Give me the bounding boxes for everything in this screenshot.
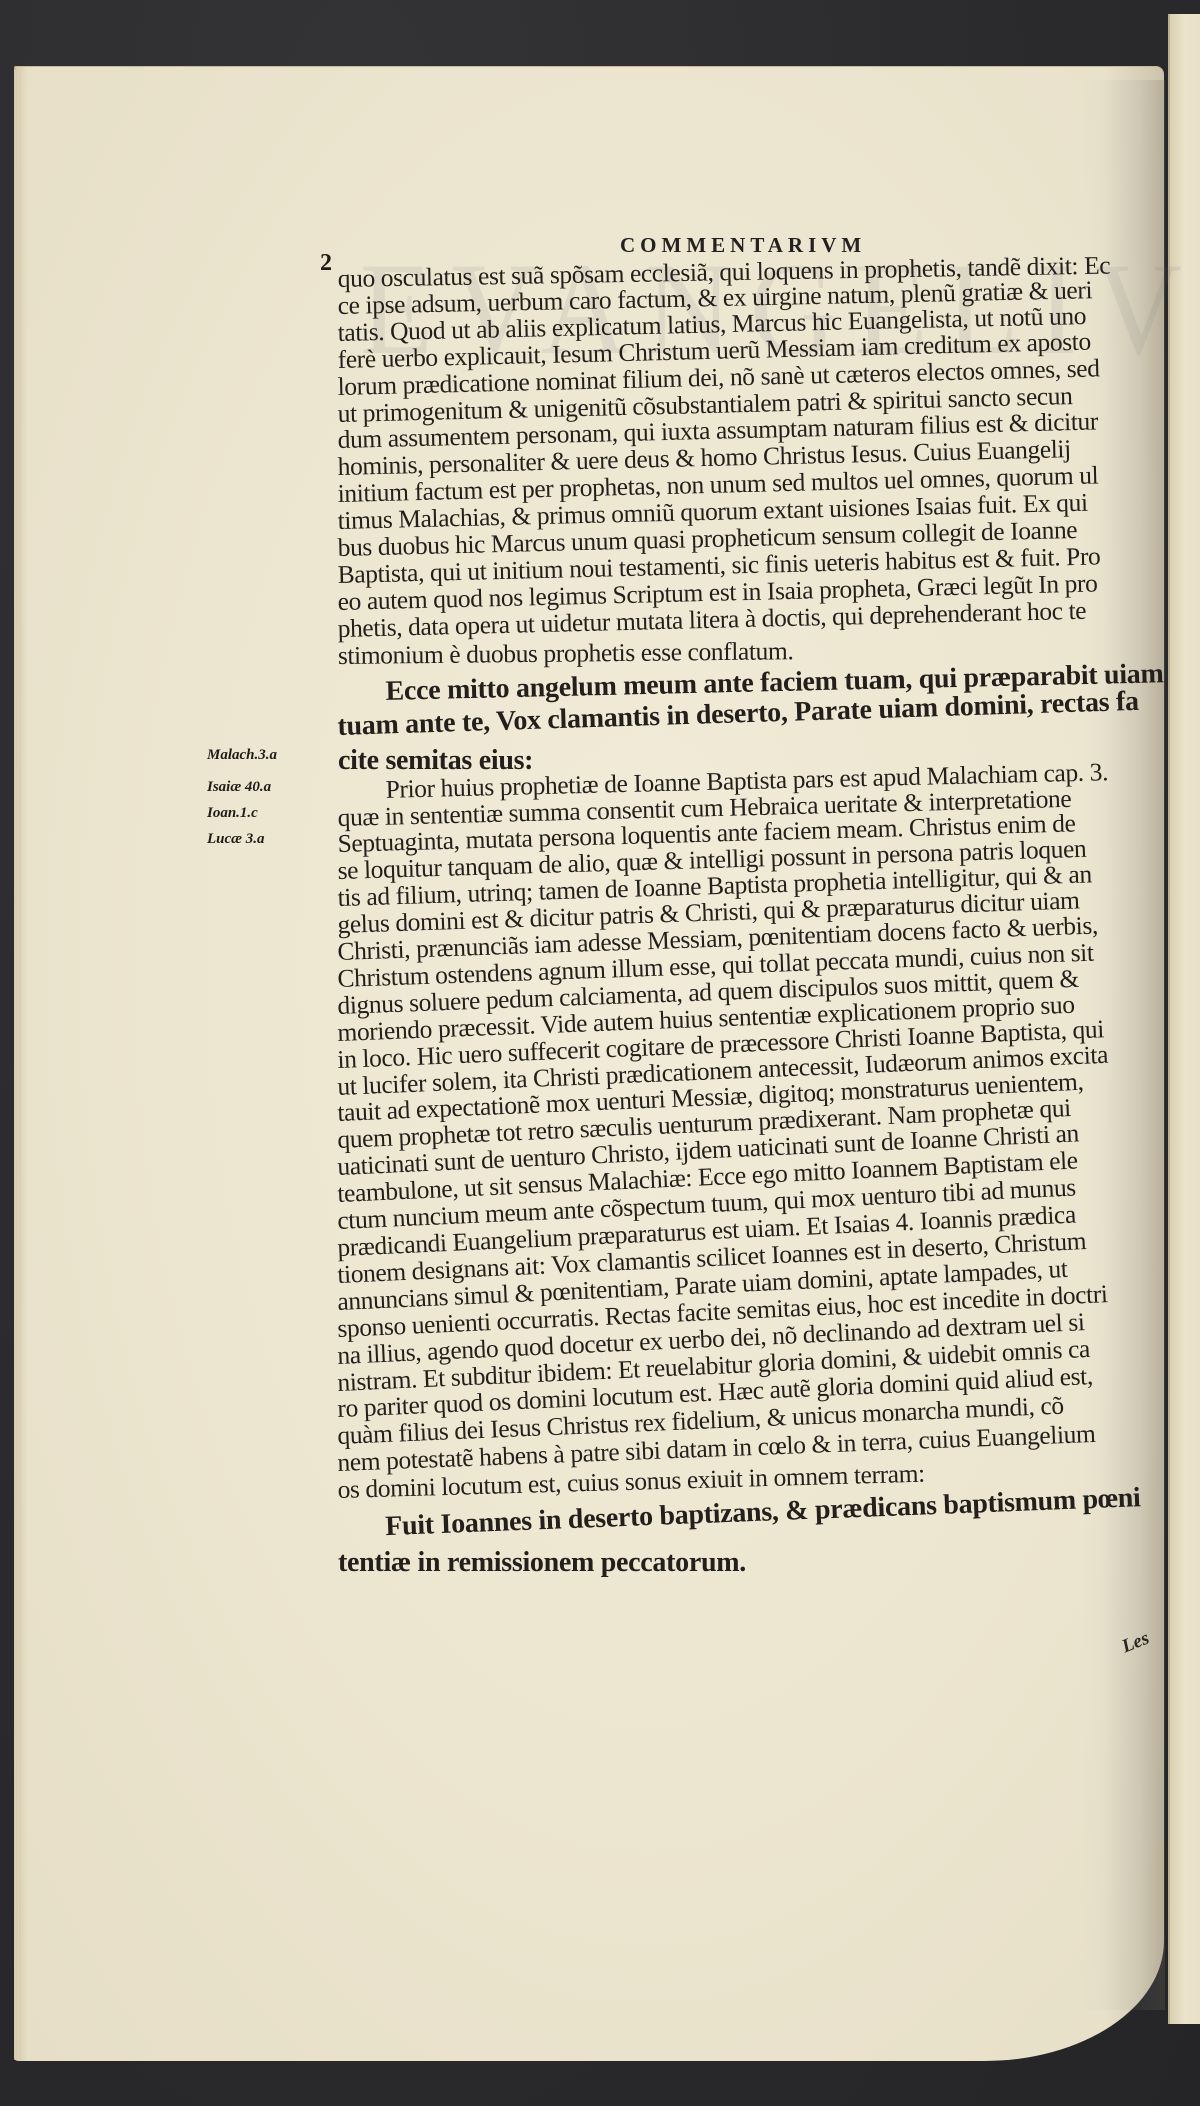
sidenote: Lucæ 3.a <box>207 826 277 852</box>
sidenote: Ioan.1.c <box>207 800 277 826</box>
commentary-paragraph-2: Prior huius prophetiæ de Ioanne Baptista… <box>338 778 1158 1504</box>
running-head: COMMENTARIVM <box>620 233 866 258</box>
page-number: 2 <box>320 250 332 277</box>
sidenote: Isaiæ 40.a <box>207 774 277 800</box>
commentary-paragraph-1: quo osculatus est suã spõsam ecclesiã, q… <box>338 266 1158 670</box>
page-stack-edge <box>14 70 22 2060</box>
marginal-references: Malach.3.a Isaiæ 40.a Ioan.1.c Lucæ 3.a <box>207 742 277 852</box>
verse-line: tentiæ in remissionem peccatorum. <box>338 1546 1158 1580</box>
adjacent-page-edge <box>1168 14 1200 2024</box>
main-text-column: quo osculatus est suã spõsam ecclesiã, q… <box>338 266 1158 1580</box>
scripture-verse-2: Fuit Ioannes in deserto baptizans, & præ… <box>338 1512 1158 1580</box>
sidenote: Malach.3.a <box>207 742 277 768</box>
